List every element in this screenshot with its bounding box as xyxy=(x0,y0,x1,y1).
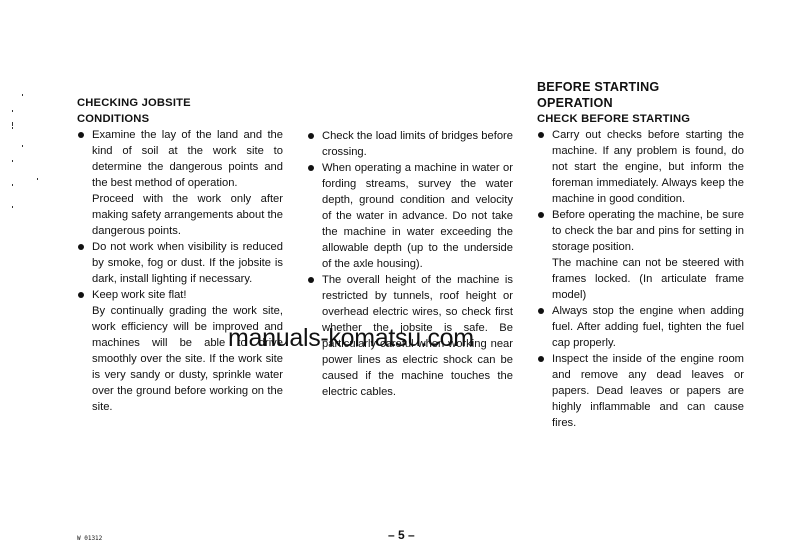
item-text: Keep work site flat! xyxy=(92,287,283,303)
item-text: Proceed with the work only after making … xyxy=(92,191,283,239)
list-item: Examine the lay of the land and the kind… xyxy=(77,127,283,239)
bullet-icon xyxy=(308,277,314,283)
bullet-icon xyxy=(538,356,544,362)
item-text: The machine can not be steered with fram… xyxy=(552,255,744,303)
bullet-icon xyxy=(78,244,84,250)
list-item: Before operating the machine, be sure to… xyxy=(537,207,744,303)
list-item: Always stop the engine when adding fuel.… xyxy=(537,303,744,351)
list-item: When operating a machine in water or for… xyxy=(307,160,513,272)
section-heading-before-starting: BEFORE STARTING OPERATION xyxy=(537,80,677,111)
item-text: Examine the lay of the land and the kind… xyxy=(92,127,283,191)
list-item: Do not work when visibility is reduced b… xyxy=(77,239,283,287)
item-text: By continually grading the work site, wo… xyxy=(92,303,283,415)
item-text: Carry out checks before starting the mac… xyxy=(552,127,744,207)
list-item: Inspect the inside of the engine room an… xyxy=(537,351,744,431)
document-code: W 01312 xyxy=(77,535,102,542)
bullet-icon xyxy=(78,132,84,138)
watermark: manuals-komatsu.com xyxy=(228,324,474,353)
item-text: When operating a machine in water or for… xyxy=(322,160,513,272)
left-column: CHECKING JOBSITE CONDITIONS Examine the … xyxy=(77,96,283,415)
section-heading-checking-jobsite: CHECKING JOBSITE CONDITIONS xyxy=(77,96,217,127)
item-text: Check the load limits of bridges before … xyxy=(322,128,513,160)
jobsite-list: Examine the lay of the land and the kind… xyxy=(77,127,283,415)
subheading-check-before-starting: CHECK BEFORE STARTING xyxy=(537,111,744,127)
right-column: BEFORE STARTING OPERATION CHECK BEFORE S… xyxy=(537,80,744,431)
bullet-icon xyxy=(538,308,544,314)
item-text: Do not work when visibility is reduced b… xyxy=(92,239,283,287)
item-text: Inspect the inside of the engine room an… xyxy=(552,351,744,431)
list-item: Carry out checks before starting the mac… xyxy=(537,127,744,207)
item-text: Always stop the engine when adding fuel.… xyxy=(552,303,744,351)
page-number: – 5 – xyxy=(388,528,415,542)
bullet-icon xyxy=(538,132,544,138)
item-text: Before operating the machine, be sure to… xyxy=(552,207,744,255)
bullet-icon xyxy=(308,133,314,139)
bullet-icon xyxy=(308,165,314,171)
bullet-icon xyxy=(78,292,84,298)
bullet-icon xyxy=(538,212,544,218)
check-list: Carry out checks before starting the mac… xyxy=(537,127,744,431)
middle-column: Check the load limits of bridges before … xyxy=(307,128,513,400)
list-item: Check the load limits of bridges before … xyxy=(307,128,513,160)
operation-list: Check the load limits of bridges before … xyxy=(307,128,513,400)
